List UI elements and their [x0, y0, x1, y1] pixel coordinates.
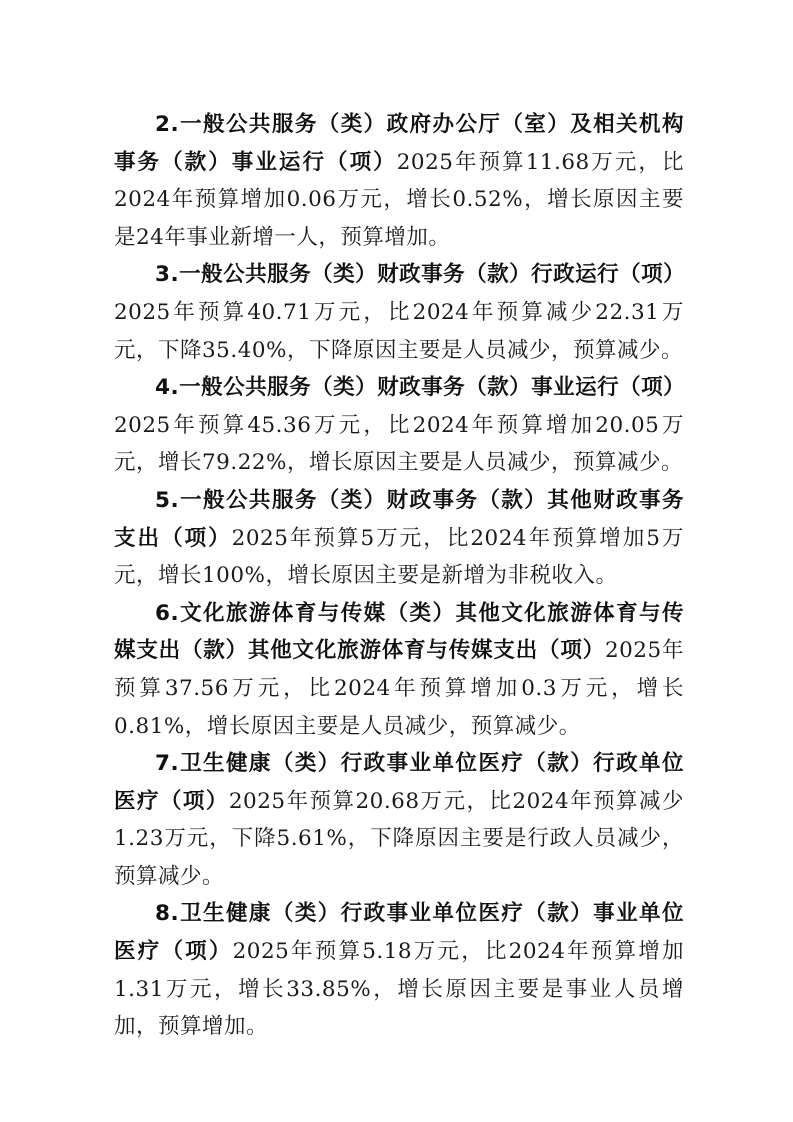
document-page: 2.一般公共服务（类）政府办公厅（室）及相关机构事务（款）事业运行（项）2025… — [114, 106, 684, 1046]
item-heading: 4.一般公共服务（类）财政事务（款）事业运行（项） — [155, 375, 685, 400]
item-body: 2025年预算40.71万元，比2024年预算减少22.31万元，下降35.40… — [114, 300, 684, 363]
budget-item-6: 6.文化旅游体育与传媒（类）其他文化旅游体育与传媒支出（款）其他文化旅游体育与传… — [114, 595, 684, 745]
budget-item-2: 2.一般公共服务（类）政府办公厅（室）及相关机构事务（款）事业运行（项）2025… — [114, 106, 684, 256]
budget-item-4: 4.一般公共服务（类）财政事务（款）事业运行（项）2025年预算45.36万元，… — [114, 369, 684, 482]
budget-item-7: 7.卫生健康（类）行政事业单位医疗（款）行政单位医疗（项）2025年预算20.6… — [114, 745, 684, 895]
item-heading: 6.文化旅游体育与传媒（类）其他文化旅游体育与传媒支出（款）其他文化旅游体育与传… — [114, 601, 684, 664]
budget-item-5: 5.一般公共服务（类）财政事务（款）其他财政事务支出（项）2025年预算5万元，… — [114, 482, 684, 595]
item-heading: 3.一般公共服务（类）财政事务（款）行政运行（项） — [155, 262, 685, 287]
budget-item-3: 3.一般公共服务（类）财政事务（款）行政运行（项）2025年预算40.71万元，… — [114, 256, 684, 369]
budget-item-8: 8.卫生健康（类）行政事业单位医疗（款）事业单位医疗（项）2025年预算5.18… — [114, 895, 684, 1045]
item-body: 2025年预算45.36万元，比2024年预算增加20.05万元，增长79.22… — [114, 413, 684, 476]
